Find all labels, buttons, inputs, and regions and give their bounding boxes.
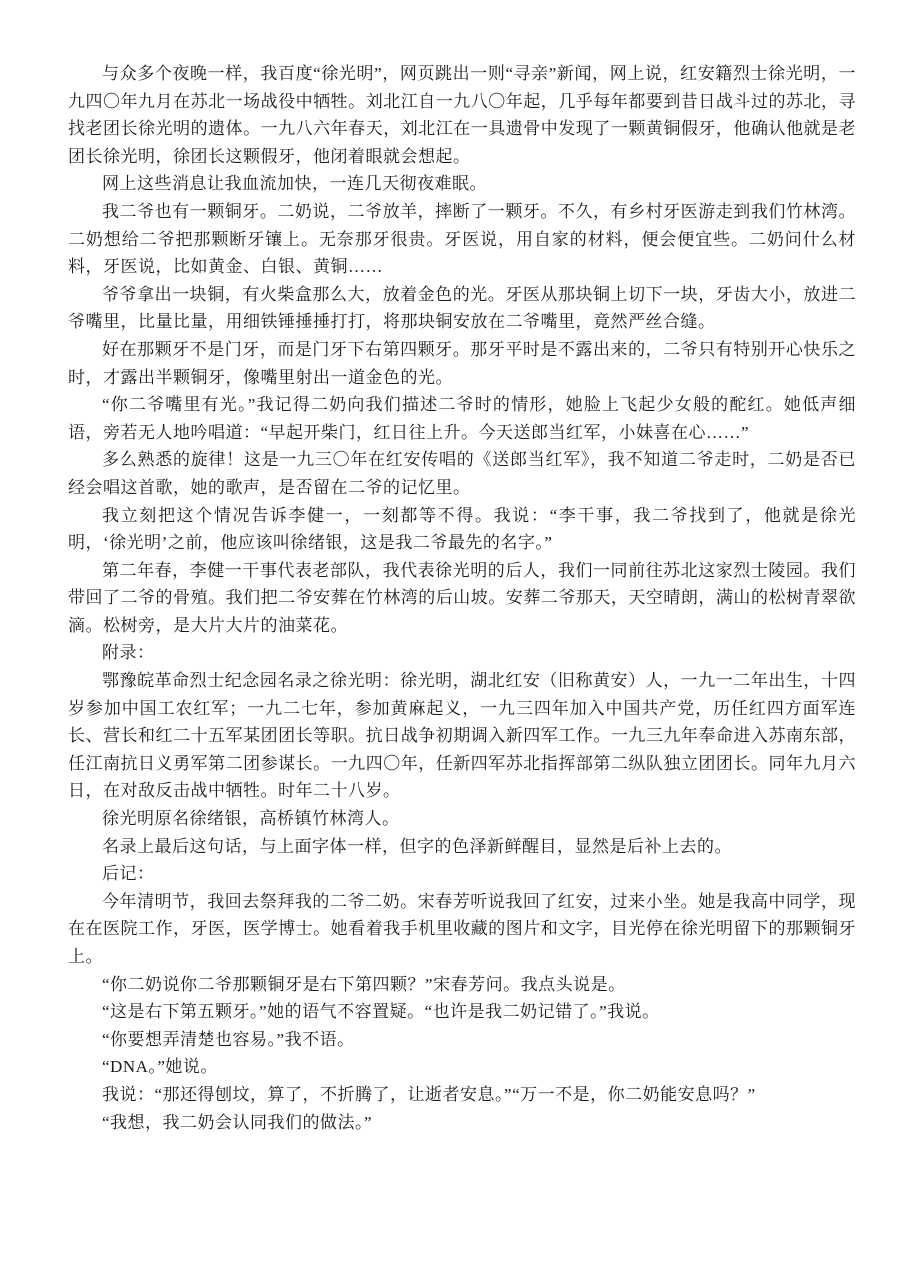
paragraph-copper-tooth: 我二爷也有一颗铜牙。二奶说，二爷放羊，摔断了一颗牙。不久，有乡村牙医游走到我们竹… — [68, 198, 856, 281]
section-label-appendix: 附录： — [68, 639, 856, 667]
paragraph-grandma-song: “你二爷嘴里有光。”我记得二奶向我们描述二爷时的情形，她脸上飞起少女般的酡红。她… — [68, 391, 856, 446]
paragraph-dialogue-dna: “DNA。”她说。 — [68, 1053, 856, 1081]
paragraph-fourth-tooth: 好在那颗牙不是门牙，而是门牙下右第四颗牙。那牙平时是不露出来的，二爷只有特别开心… — [68, 336, 856, 391]
paragraph-dialogue-grave: 我说：“那还得刨坟，算了，不折腾了，让逝者安息。”“万一不是，你二奶能安息吗？” — [68, 1081, 856, 1109]
paragraph-melody: 多么熟悉的旋律！这是一九三〇年在红安传唱的《送郎当红军》，我不知道二爷走时，二奶… — [68, 446, 856, 501]
paragraph-burial: 第二年春，李健一干事代表老部队，我代表徐光明的后人，我们一同前往苏北这家烈士陵园… — [68, 557, 856, 640]
paragraph-dentist-work: 爷爷拿出一块铜，有火柴盒那么大，放着金色的光。牙医从那块铜上切下一块，牙齿大小，… — [68, 281, 856, 336]
paragraph-dialogue-question: “你二奶说你二爷那颗铜牙是右下第四颗？”宋春芳问。我点头说是。 — [68, 971, 856, 999]
paragraph-record-note: 名录上最后这句话，与上面字体一样，但字的色泽新鲜醒目，显然是后补上去的。 — [68, 833, 856, 861]
document-page: 与众多个夜晚一样，我百度“徐光明”，网页跳出一则“寻亲”新闻，网上说，红安籍烈士… — [0, 0, 900, 1273]
paragraph-sleepless: 网上这些消息让我血流加快，一连几天彻夜难眠。 — [68, 170, 856, 198]
paragraph-qingming-visit: 今年清明节，我回去祭拜我的二爷二奶。宋春芳听说我回了红安，过来小坐。她是我高中同… — [68, 888, 856, 971]
paragraph-dialogue-fifth-tooth: “这是右下第五颗牙。”她的语气不容置疑。“也许是我二奶记错了。”我说。 — [68, 998, 856, 1026]
paragraph-memorial-record: 鄂豫皖革命烈士纪念园名录之徐光明：徐光明，湖北红安（旧称黄安）人，一九一二年出生… — [68, 667, 856, 805]
paragraph-original-name: 徐光明原名徐绪银，高桥镇竹林湾人。 — [68, 805, 856, 833]
section-label-postscript: 后记： — [68, 860, 856, 888]
paragraph-tell-lijianyi: 我立刻把这个情况告诉李健一，一刻都等不得。我说：“李干事，我二爷找到了，他就是徐… — [68, 502, 856, 557]
paragraph-dialogue-agree: “我想，我二奶会认同我们的做法。” — [68, 1109, 856, 1137]
paragraph-dialogue-easy: “你要想弄清楚也容易。”我不语。 — [68, 1026, 856, 1054]
paragraph-intro-search: 与众多个夜晚一样，我百度“徐光明”，网页跳出一则“寻亲”新闻，网上说，红安籍烈士… — [68, 60, 856, 170]
